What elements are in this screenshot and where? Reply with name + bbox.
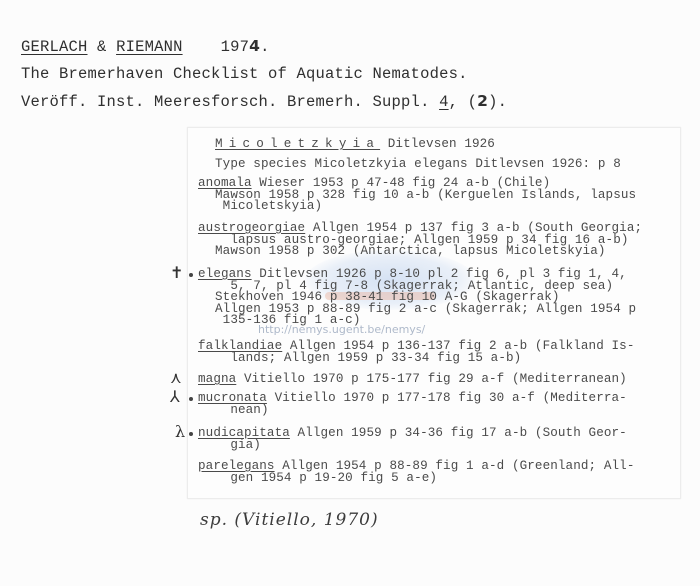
genus-name: Micoletzkyia <box>215 137 380 151</box>
genus-authority: Ditlevsen 1926 <box>380 137 495 151</box>
handwritten-note: sp. (Vitiello, 1970) <box>200 510 379 530</box>
species-entry-line: gia) <box>215 440 261 452</box>
bullet-dot-icon <box>189 273 193 277</box>
issue-close: ). <box>488 93 507 111</box>
citation-journal-line: Veröff. Inst. Meeresforsch. Bremerh. Sup… <box>21 88 507 116</box>
genus-heading: Micoletzkyia Ditlevsen 1926 <box>215 139 495 151</box>
type-species: Type species Micoletzkyia elegans Ditlev… <box>215 159 621 171</box>
year-typed: 197 <box>221 38 250 56</box>
citation-authors-line: GERLACH & RIEMANN 1974. <box>21 33 507 61</box>
species-entry-line: nudicapitata Allgen 1959 p 34-36 fig 17 … <box>198 428 627 440</box>
species-name: magna <box>198 372 236 386</box>
species-citation: Vitiello 1970 p 177-178 fig 30 a-f (Medi… <box>267 391 627 405</box>
year-period: . <box>260 38 270 56</box>
species-entry-line: Mawson 1958 p 302 (Antarctica, lapsus Mi… <box>215 246 606 258</box>
citation-title: The Bremerhaven Checklist of Aquatic Nem… <box>21 61 507 88</box>
margin-mark-icon: ⋏ <box>170 370 182 386</box>
species-citation: Vitiello 1970 p 175-177 fig 29 a-f (Medi… <box>236 372 627 386</box>
bullet-dot-icon <box>189 432 193 436</box>
citation-header: GERLACH & RIEMANN 1974.The Bremerhaven C… <box>21 33 507 116</box>
species-entry-line: nean) <box>215 405 269 417</box>
supplement-number: 4 <box>439 93 449 111</box>
species-entry-line: lands; Allgen 1959 p 33-34 fig 15 a-b) <box>215 353 521 365</box>
issue-handwritten: 2 <box>477 92 488 110</box>
journal-name: Veröff. Inst. Meeresforsch. Bremerh. Sup… <box>21 93 439 111</box>
margin-mark-icon: ✝ <box>170 265 183 281</box>
watermark-url: http://nemys.ugent.be/nemys/ <box>258 323 425 336</box>
author-riemann: RIEMANN <box>116 38 183 56</box>
ampersand: & <box>97 38 107 56</box>
issue-open: , ( <box>449 93 478 111</box>
species-entry-line: Micoletskyia) <box>215 201 322 213</box>
margin-mark-icon: ⅄ <box>170 389 180 405</box>
species-entry-line: magna Vitiello 1970 p 175-177 fig 29 a-f… <box>198 374 627 386</box>
bullet-dot-icon <box>189 397 193 401</box>
species-entry-line: gen 1954 p 19-20 fig 5 a-e) <box>215 473 437 485</box>
species-citation: Allgen 1959 p 34-36 fig 17 a-b (South Ge… <box>290 426 627 440</box>
author-gerlach: GERLACH <box>21 38 88 56</box>
margin-mark-icon: λ <box>175 424 185 440</box>
year-handwritten-digit: 4 <box>249 37 260 55</box>
